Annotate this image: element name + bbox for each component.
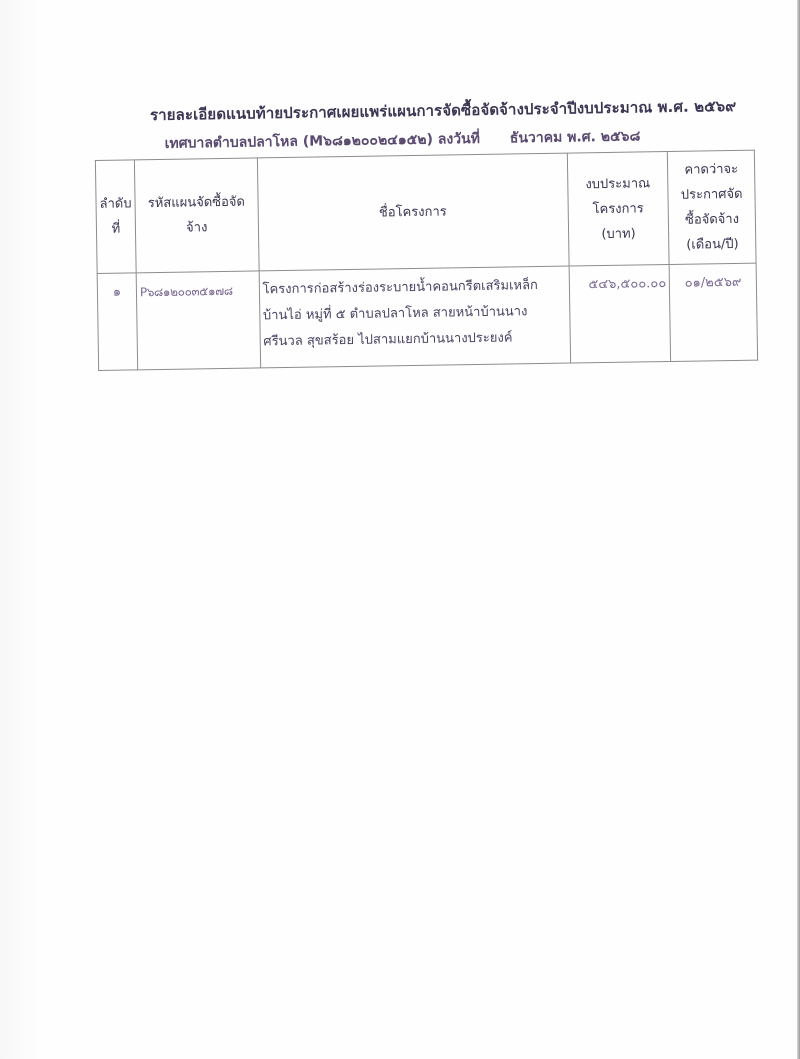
subtitle-month-year: ธันวาคม พ.ศ. ๒๕๖๘: [510, 128, 641, 146]
header-expected-date: คาดว่าจะ ประกาศจัด ซื้อจัดจ้าง (เดือน/ปี…: [668, 150, 756, 264]
document-title: รายละเอียดแนบท้ายประกาศเผยแพร่แผนการจัดซ…: [130, 94, 756, 128]
header-project-name: ชื่อโครงการ: [257, 153, 569, 271]
table-row: ๑ P๖๘๑๒๐๐๓๕๑๗๘ โครงการก่อสร้างร่องระบายน…: [97, 263, 757, 370]
scanned-page: รายละเอียดแนบท้ายประกาศเผยแพร่แผนการจัดซ…: [0, 0, 800, 1059]
scan-shadow: [0, 0, 40, 1059]
cell-project-name: โครงการก่อสร้างร่องระบายน้ำคอนกรีตเสริมเ…: [259, 266, 570, 368]
document-body: รายละเอียดแนบท้ายประกาศเผยแพร่แผนการจัดซ…: [94, 94, 760, 371]
cell-budget: ๕๔๖,๕๐๐.๐๐: [569, 264, 671, 363]
header-plan-code: รหัสแผนจัดซื้อจัด จ้าง: [134, 158, 258, 273]
subtitle-organization-date: เทศบาลตำบลปลาโหล (M๖๘๑๒๐๐๒๔๑๕๒) ลงวันที่: [165, 131, 480, 152]
header-sequence: ลำดับ ที่: [95, 160, 136, 274]
cell-expected-date: ๐๑/๒๕๖๙: [669, 263, 757, 361]
header-budget: งบประมาณ โครงการ (บาท): [567, 151, 670, 266]
table-header-row: ลำดับ ที่ รหัสแผนจัดซื้อจัด จ้าง ชื่อโคร…: [95, 150, 756, 273]
cell-sequence: ๑: [97, 273, 138, 371]
cell-plan-code: P๖๘๑๒๐๐๓๕๑๗๘: [136, 271, 260, 370]
procurement-plan-table: ลำดับ ที่ รหัสแผนจัดซื้อจัด จ้าง ชื่อโคร…: [95, 150, 758, 371]
